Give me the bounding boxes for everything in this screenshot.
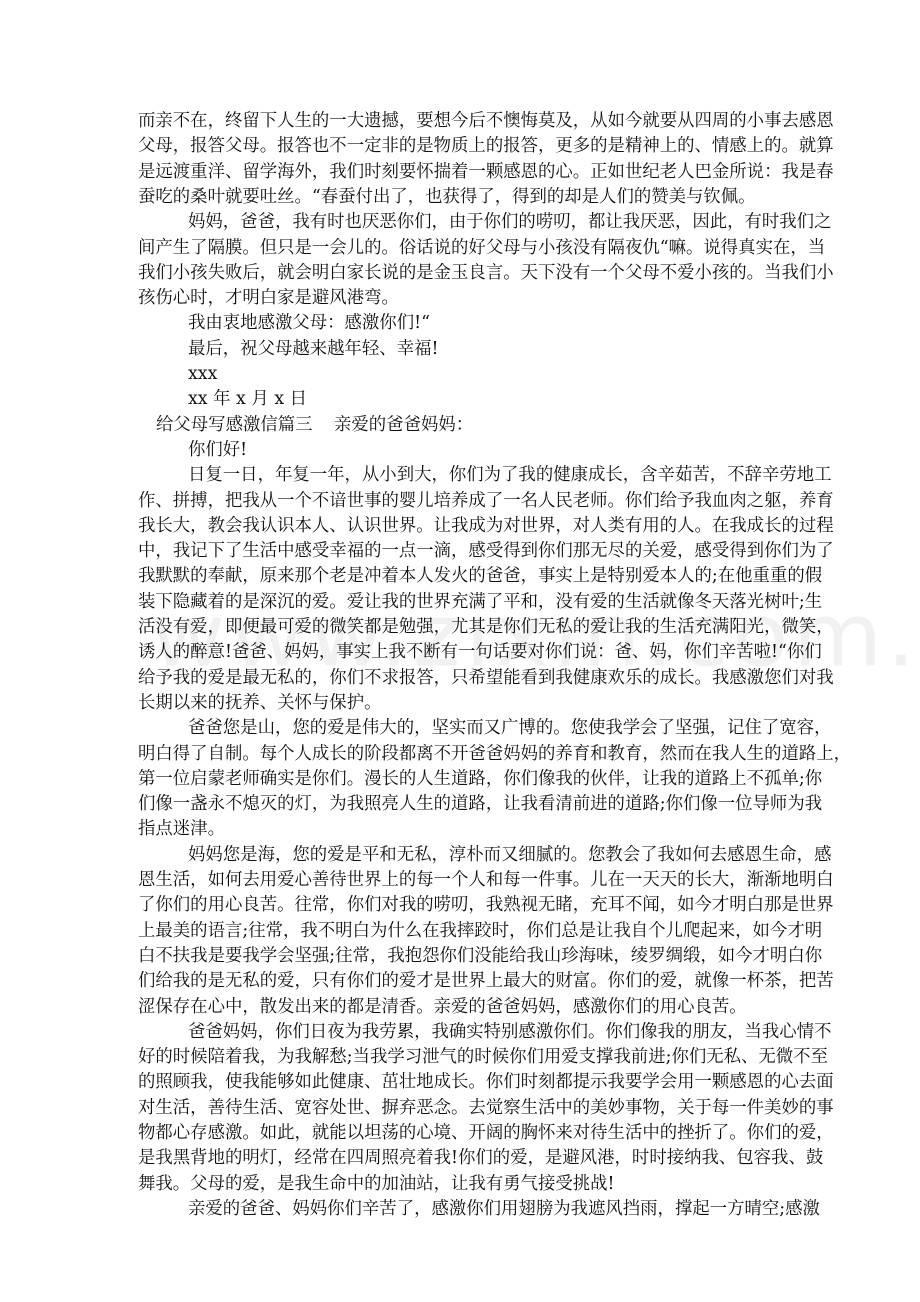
text-line: 装下隐藏着的是深沉的爱。爱让我的世界充满了平和，没有爱的生活就像冬天落光树叶;生	[138, 590, 782, 615]
text-line: 指点迷津。	[138, 817, 225, 842]
text-line: 恩生活，如何去用爱心善待世界上的每一个人和每一件事。儿在一天天的长大，渐渐地明白	[138, 868, 782, 893]
text-line: 妈妈，爸爸，我有时也厌恶你们，由于你们的唠叨，都让我厌恶，因此，有时我们之	[188, 210, 782, 235]
text-line: 爸爸妈妈，你们日夜为我劳累，我确实特别感激你们。你们像我的朋友，当我心情不	[188, 1020, 782, 1045]
text-line: 明白得了自制。每个人成长的阶段都离不开爸爸妈妈的养育和教育，然而在我人生的道路上…	[138, 742, 782, 767]
text-line: 上最美的语言;往常，我不明白为什么在我摔跤时，你们总是让我自个儿爬起来，如今才明	[138, 919, 782, 944]
text-line: 对生活，善待生活、宽容处世、摒弃恶念。去觉察生活中的美妙事物，关于每一件美妙的事	[138, 1096, 782, 1121]
text-line: 作、拼搏，把我从一个不谙世事的婴儿培养成了一名人民老师。你们给予我血肉之躯，养育	[138, 489, 782, 514]
text-line: 们给我的是无私的爱，只有你们的爱才是世界上最大的财富。你们的爱，就像一杯茶，把苦	[138, 969, 782, 994]
text-line: 中，我记下了生活中感受幸福的一点一滴，感受得到你们那无尽的关爱，感受得到你们为了	[138, 539, 782, 564]
text-line: 的照顾我，使我能够如此健康、茁壮地成长。你们时刻都提示我要学会用一颗感恩的心去面	[138, 1070, 782, 1095]
text-line: 你们好!	[188, 438, 247, 463]
text-line: 们像一盏永不熄灭的灯，为我照亮人生的道路，让我看清前进的道路;你们像一位导师为我	[138, 792, 782, 817]
text-line: 最后，祝父母越来越年轻、幸福!	[188, 337, 438, 362]
text-line: 我长大，教会我认识本人、认识世界。让我成为对世界，对人类有用的人。在我成长的过程	[138, 514, 782, 539]
text-line: 涩保存在心中，散发出来的都是清香。亲爱的爸爸妈妈，感激你们的用心良苦。	[138, 995, 747, 1020]
text-line: 物都心存感激。如此，就能以坦荡的心境、开阔的胸怀来对待生活中的挫折了。你们的爱，	[138, 1121, 782, 1146]
text-line: 是我黑背地的明灯，经常在四周照亮着我!你们的爱，是避风港，时时接纳我、包容我、鼓	[138, 1146, 782, 1171]
text-line: 舞我。父母的爱，是我生命中的加油站，让我有勇气接受挑战!	[138, 1172, 615, 1197]
text-line: 白不扶我是要我学会坚强;往常，我抱怨你们没能给我山珍海味，绫罗绸缎，如今才明白你	[138, 944, 782, 969]
text-line: 日复一日，年复一年，从小到大，你们为了我的健康成长，含辛茹苦，不辞辛劳地工	[188, 463, 782, 488]
text-line: 妈妈您是海，您的爱是平和无私，淳朴而又细腻的。您教会了我如何去感恩生命，感	[188, 843, 782, 868]
text-line: xx 年 x 月 x 日	[188, 387, 307, 412]
text-line: 我默默的奉献，原来那个老是冲着本人发火的爸爸，事实上是特别爱本人的;在他重重的假	[138, 564, 782, 589]
text-line: 诱人的醉意!爸爸、妈妈，事实上我不断有一句话要对你们说：爸、妈，你们辛苦啦!“你…	[138, 640, 782, 665]
text-line: 孩伤心时，才明白家是避风港弯。	[138, 286, 399, 311]
text-line: 第一位启蒙老师确实是你们。漫长的人生道路，你们像我的伙伴，让我的道路上不孤单;你	[138, 767, 782, 792]
text-line: 而亲不在，终留下人生的一大遗撼，要想今后不懊悔莫及，从如今就要从四周的小事去感恩	[138, 109, 782, 134]
text-line: 我们小孩失败后，就会明白家长说的是金玉良言。天下没有一个父母不爱小孩的。当我们小	[138, 261, 782, 286]
text-line: 间产生了隔膜。但只是一会儿的。俗话说的好父母与小孩没有隔夜仇“嘛。说得真实在，当	[138, 236, 782, 261]
text-line: 亲爱的爸爸、妈妈你们辛苦了，感激你们用翅膀为我遮风挡雨，撑起一方晴空;感激	[188, 1197, 782, 1222]
text-line: 好的时候陪着我，为我解愁;当我学习泄气的时候你们用爱支撑我前进;你们无私、无微不…	[138, 1045, 782, 1070]
document-page: www.zixin.com.cn 而亲不在，终留下人生的一大遗撼，要想今后不懊悔…	[0, 0, 920, 1302]
text-line: 我由衷地感激父母：感激你们!“	[188, 311, 430, 336]
text-line: 给予我的爱是最无私的，你们不求报答，只希望能看到我健康欢乐的成长。我感激您们对我	[138, 666, 782, 691]
salutation: 亲爱的爸爸妈妈：	[334, 413, 473, 438]
text-line: 爸爸您是山，您的爱是伟大的，坚实而又广博的。您使我学会了坚强，记住了宽容，	[188, 716, 782, 741]
text-line: 蚕吃的桑叶就要吐丝。“春蚕付出了，也获得了，得到的却是人们的赞美与钦佩。	[138, 185, 756, 210]
text-line: 活没有爱，即便最可爱的微笑都是勉强，尤其是你们无私的爱让我的生活充满阳光，微笑，	[138, 615, 782, 640]
text-line: 了你们的用心良苦。往常，你们对我的唠叨，我熟视无睹，充耳不闻，如今才明白那是世界	[138, 893, 782, 918]
text-line: 是远渡重洋、留学海外，我们时刻要怀揣着一颗感恩的心。正如世纪老人巴金所说：我是春	[138, 160, 782, 185]
section-heading: 给父母写感激信篇三	[156, 413, 313, 438]
text-line: 父母，报答父母。报答也不一定非的是物质上的报答，更多的是精神上的、情感上的。就算	[138, 134, 782, 159]
text-line: xxx	[188, 362, 217, 387]
text-line: 长期以来的抚养、关怀与保护。	[138, 691, 381, 716]
